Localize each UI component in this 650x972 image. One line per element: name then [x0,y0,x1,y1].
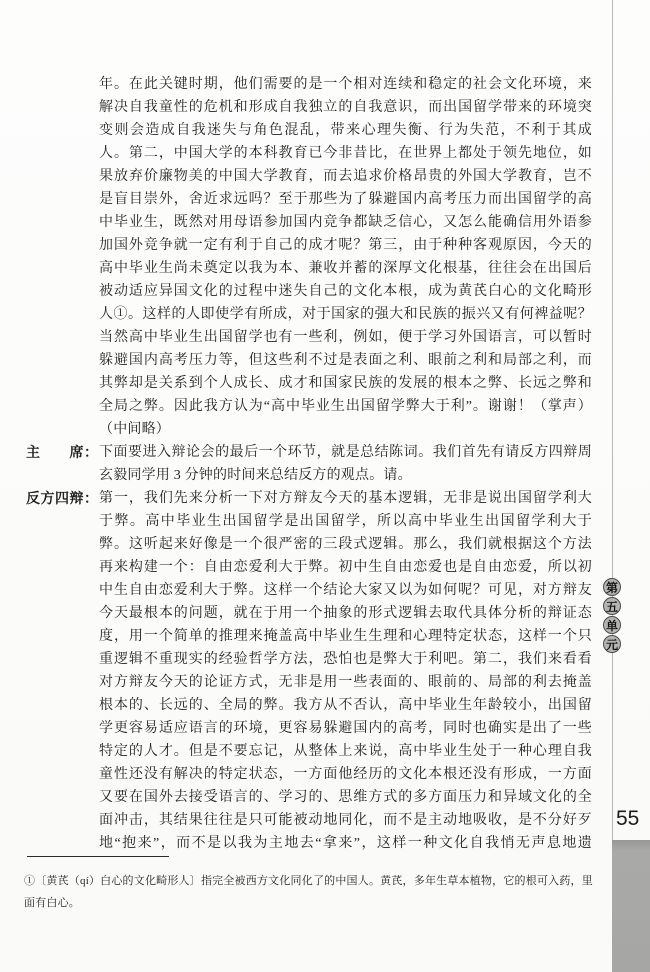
text-line: 地“抱来”，而不是以我为主地去“拿来”，这样一种文化自我悄无声息地遗 [99,832,592,855]
speech-block-moderator: 主 席： 下面要进入辩论会的最后一个环节，就是总结陈词。我们首先有请反方四辩周玄… [26,441,592,487]
unit-char-badge: 元 [603,635,621,653]
text-line: ①〔黄芪（qí）白心的文化畸形人〕指完全被西方文化同化了的中国人。黄芪，多年生草… [24,870,592,892]
text-line: 中毕业生，既然对用母语参加国内竞争都缺乏信心，又怎么能确信用外语参 [99,211,592,234]
speech-block-con-fourth-debater: 反方四辩： 第一，我们先来分析一下对方辩友今天的基本逻辑，无非是说出国留学利大于… [26,487,592,855]
speaker-label-con-fourth-debater: 反方四辩： [26,487,99,855]
text-line: 人。第二，中国大学的本科教育已今非昔比，在世界上都处于领先地位，如 [99,142,592,165]
text-line: 是盲目崇外，舍近求远吗？至于那些为了躲避国内高考压力而出国留学的高 [99,188,592,211]
text-line: 当然高中毕业生出国留学也有一些利，例如，便于学习外国语言，可以暂时 [99,326,592,349]
text-line: 第一，我们先来分析一下对方辩友今天的基本逻辑，无非是说出国留学利大 [99,487,592,510]
dialogue-content: 年。在此关键时期，他们需要的是一个相对连续和稳定的社会文化环境，来解决自我童性的… [26,73,592,855]
text-line: 于弊。高中毕业生出国留学是出国留学，所以高中毕业生出国留学利大于 [99,510,592,533]
text-line: 特定的人才。但是不要忘记，从整体上来说，高中毕业生处于一种心理自我 [99,740,592,763]
footnote-separator [27,856,169,857]
text-line: 面冲击，其结果往往是只可能被动地同化，而不是主动地吸收，是不分好歹 [99,809,592,832]
text-line: 加国外竞争就一定有利于自己的成才呢？第三，由于种种客观原因，今天的 [99,234,592,257]
page-number: 55 [616,807,639,831]
text-line: 玄毅同学用 3 分钟的时间来总结反方的观点。请。 [99,464,592,487]
unit-label-tab: 第五单元 [603,578,623,653]
unit-char-badge: 单 [603,616,621,634]
text-line: 果放弃价廉物美的中国大学教育，而去追求价格昂贵的外国大学教育，岂不 [99,165,592,188]
corner-gray-tab [612,840,650,972]
speaker-label-moderator: 主 席： [26,441,99,487]
speech-lines-con-fourth-debater: 第一，我们先来分析一下对方辩友今天的基本逻辑，无非是说出国留学利大于弊。高中毕业… [99,487,592,855]
text-line: 重逻辑不重现实的经验哲学方法，恐怕也是弊大于利吧。第二，我们来看看 [99,648,592,671]
text-line: 人①。这样的人即使学有所成，对于国家的强大和民族的振兴又有何裨益呢？ [99,303,592,326]
textbook-page: 年。在此关键时期，他们需要的是一个相对连续和稳定的社会文化环境，来解决自我童性的… [0,0,650,972]
text-line: 对方辩友今天的论证方式，无非是用一些表面的、眼前的、局部的利去掩盖 [99,671,592,694]
text-line: 中生自由恋爱利大于弊。这样一个结论大家又以为如何呢？可见，对方辩友 [99,579,592,602]
text-line: 被动适应异国文化的过程中迷失自己的文化本根，成为黄芪白心的文化畸形 [99,280,592,303]
text-line: 童性还没有解决的特定状态，一方面他经历的文化本根还没有形成，一方面 [99,763,592,786]
text-line: 变则会造成自我迷失与角色混乱，带来心理失衡、行为失范，不利于其成 [99,119,592,142]
text-line: 面有白心。 [24,892,592,914]
text-line: 解决自我童性的危机和形成自我独立的自我意识，而出国留学带来的环境突 [99,96,592,119]
text-line: 高中毕业生尚未奠定以我为本、兼收并蓄的深厚文化根基，往往会在出国后 [99,257,592,280]
speech-block-continuation: 年。在此关键时期，他们需要的是一个相对连续和稳定的社会文化环境，来解决自我童性的… [26,73,592,441]
text-line: 躲避国内高考压力等，但这些利不过是表面之利、眼前之利和局部之利，而 [99,349,592,372]
speaker-label-empty [26,73,99,441]
text-line: 年。在此关键时期，他们需要的是一个相对连续和稳定的社会文化环境，来 [99,73,592,96]
text-line: 下面要进入辩论会的最后一个环节，就是总结陈词。我们首先有请反方四辩周 [99,441,592,464]
text-line: （中间略） [99,418,592,441]
speech-lines-continuation: 年。在此关键时期，他们需要的是一个相对连续和稳定的社会文化环境，来解决自我童性的… [99,73,592,441]
text-line: 根本的、长远的、全局的弊。我方从不否认，高中毕业生年龄较小，出国留 [99,694,592,717]
unit-char-badge: 五 [603,597,621,615]
unit-char-badge: 第 [603,578,621,596]
footnote: ①〔黄芪（qí）白心的文化畸形人〕指完全被西方文化同化了的中国人。黄芪，多年生草… [24,870,592,914]
text-line: 今天最根本的问题，就在于用一个抽象的形式逻辑去取代具体分析的辩证态 [99,602,592,625]
speech-lines-moderator: 下面要进入辩论会的最后一个环节，就是总结陈词。我们首先有请反方四辩周玄毅同学用 … [99,441,592,487]
sidebar-vertical-rule [612,0,613,972]
text-line: 再来构建一个：自由恋爱利大于弊。初中生自由恋爱也是自由恋爱，所以初 [99,556,592,579]
text-line: 又要在国外去接受语言的、学习的、思维方式的多方面压力和异域文化的全 [99,786,592,809]
text-line: 学更容易适应语言的环境，更容易躲避国内的高考，同时也确实是出了一些 [99,717,592,740]
text-line: 弊。这听起来好像是一个很严密的三段式逻辑。那么，我们就根据这个方法 [99,533,592,556]
text-line: 其弊却是关系到个人成长、成才和国家民族的发展的根本之弊、长远之弊和 [99,372,592,395]
text-line: 全局之弊。因此我方认为“高中毕业生出国留学弊大于利”。谢谢！（掌声） [99,395,592,418]
text-line: 度，用一个简单的推理来掩盖高中毕业生生理和心理特定状态，这样一个只 [99,625,592,648]
